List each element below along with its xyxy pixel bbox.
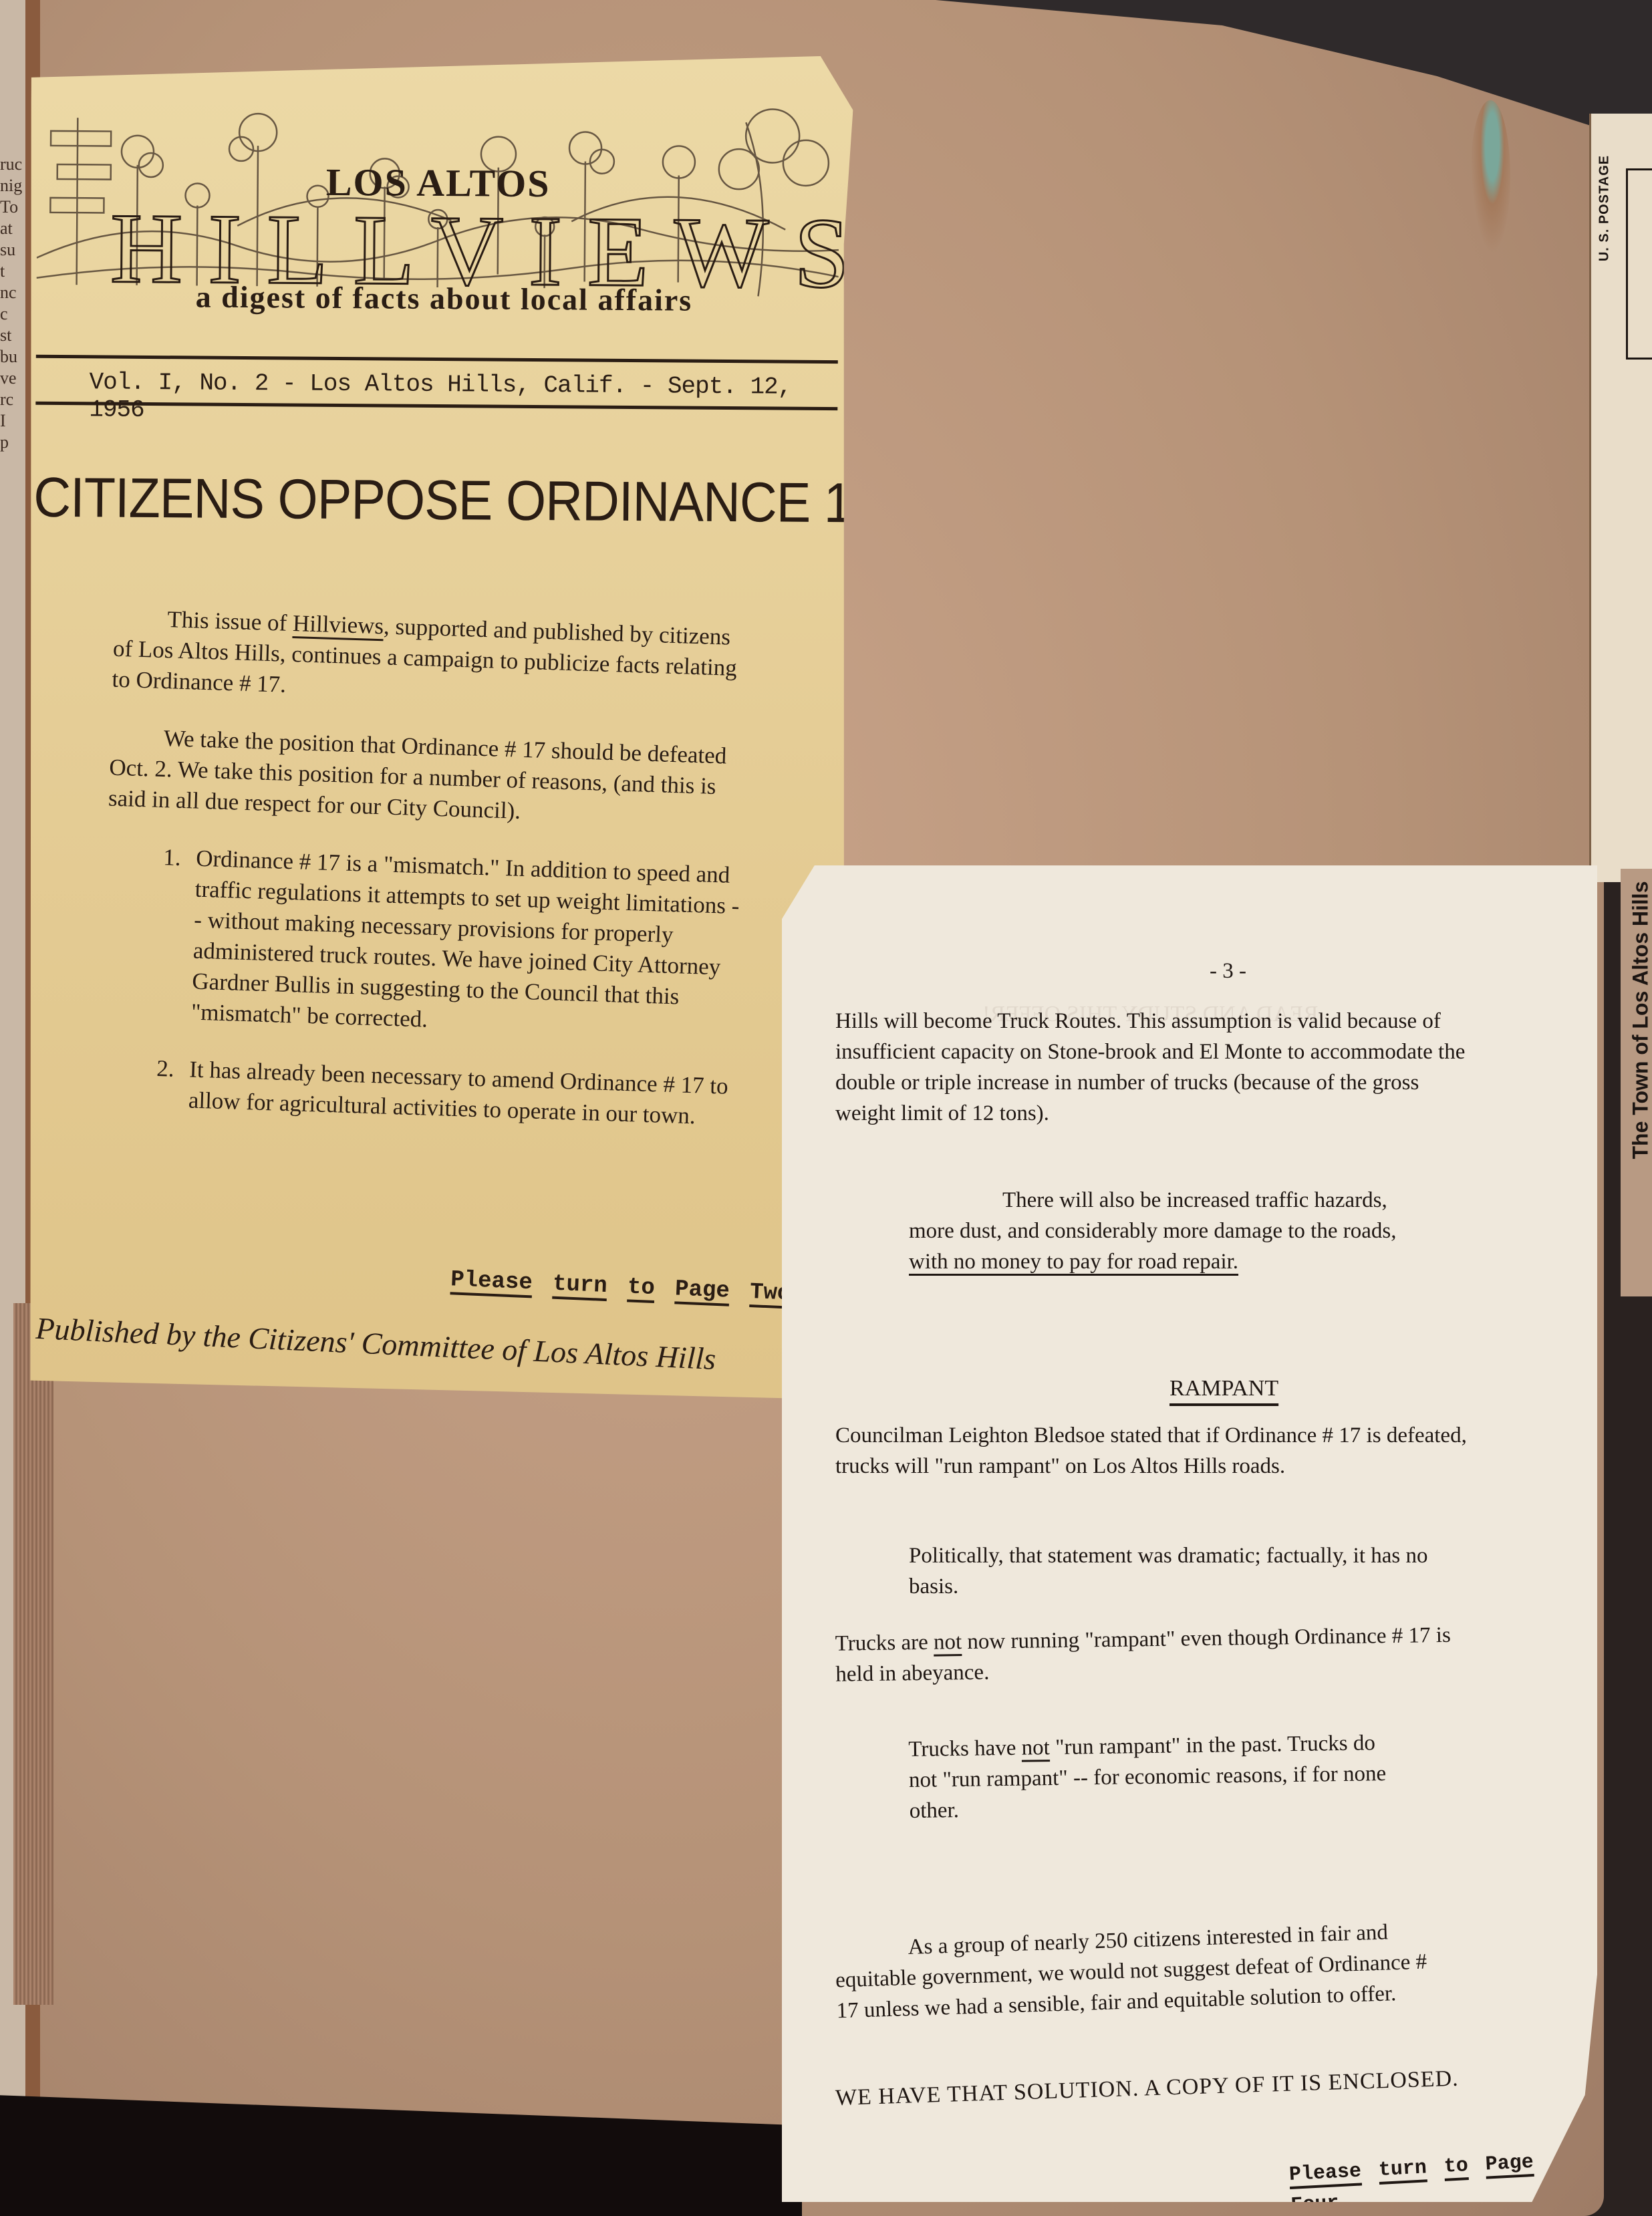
publisher-credit: Published by the Citizens' Committee of …	[35, 1310, 837, 1382]
text: We take the position that Ordinance # 17…	[108, 725, 726, 824]
word: Please	[450, 1267, 533, 1296]
volume-line: Vol. I, No. 2 - Los Altos Hills, Calif. …	[89, 368, 838, 428]
paragraph-text: Hills will become Truck Routes. This ass…	[835, 1006, 1477, 1129]
binding-text-line: st	[0, 325, 25, 346]
paragraph: Trucks are not now running "rampant" eve…	[835, 1619, 1477, 1689]
intro-paragraph: This issue of Hillviews, supported and p…	[112, 603, 756, 715]
tagline: a digest of facts about local affairs	[110, 279, 778, 319]
binding-text-line: rc	[0, 389, 25, 410]
newsletter-clipping: LOS ALTOS HILLVIEWS a digest of facts ab…	[22, 51, 853, 1400]
emphasis: not	[1021, 1736, 1050, 1760]
binding-text-line: nc	[0, 282, 25, 303]
binding-text-line: p	[0, 432, 25, 453]
word: to	[627, 1274, 655, 1301]
binding-text-line: ruc	[0, 154, 25, 175]
headline: CITIZENS OPPOSE ORDINANCE 17	[33, 465, 784, 535]
binding-text-line: c	[0, 303, 25, 325]
postage-card: U. S. POSTAGE	[1589, 114, 1652, 882]
reasons-list: Ordinance # 17 is a "mismatch." In addit…	[98, 840, 748, 1133]
page-stack-edge	[13, 1303, 53, 2005]
section-heading: RAMPANT	[1169, 1373, 1278, 1404]
paragraph: Councilman Leighton Bledsoe stated that …	[835, 1420, 1517, 1482]
binding-text-line: ve	[0, 368, 25, 389]
binding-text-line: To	[0, 196, 25, 218]
paragraph: Trucks have not "run rampant" in the pas…	[908, 1727, 1391, 1826]
emphasis: not	[934, 1630, 962, 1655]
binding-text-line: I	[0, 410, 25, 432]
binding-text-line: t	[0, 261, 25, 282]
text: Trucks are	[835, 1631, 934, 1656]
word: turn	[552, 1272, 607, 1299]
binding-text-line: su	[0, 239, 25, 261]
binding-text-line: bu	[0, 346, 25, 368]
paragraph: Hills will become Truck Routes. This ass…	[835, 1006, 1477, 1129]
closing-statement: WE HAVE THAT SOLUTION. A COPY OF IT IS E…	[835, 2058, 1637, 2114]
word: Page	[674, 1276, 730, 1304]
paragraph: There will also be increased traffic haz…	[909, 1185, 1417, 1277]
adhesive-stain	[1470, 100, 1510, 254]
town-card: The Town of Los Altos Hills	[1621, 869, 1652, 1296]
position-paragraph: We take the position that Ordinance # 17…	[108, 722, 752, 834]
reason-item: It has already been necessary to amend O…	[178, 1054, 741, 1133]
word: Page	[1485, 2151, 1534, 2177]
binding-text-line: at	[0, 218, 25, 239]
paragraph: As a group of nearly 250 citizens intere…	[834, 1915, 1452, 2027]
postage-label: U. S. POSTAGE	[1597, 135, 1613, 282]
text: Trucks have	[908, 1736, 1022, 1762]
postage-indicia-box	[1626, 168, 1652, 360]
paragraph-text: Politically, that statement was dramatic…	[909, 1540, 1457, 1602]
masthead: LOS ALTOS HILLVIEWS	[37, 91, 840, 297]
text: This issue of	[167, 606, 293, 636]
town-label: The Town of Los Altos Hills	[1629, 881, 1652, 1282]
article-body: This issue of Hillviews, supported and p…	[98, 603, 756, 1160]
text: There will also be increased traffic haz…	[909, 1188, 1396, 1243]
publication-name: Hillviews	[292, 610, 384, 639]
paragraph-text: Councilman Leighton Bledsoe stated that …	[835, 1420, 1517, 1482]
divider	[36, 355, 838, 364]
page-three-sheet: READ AND STUDY THIS OFFER! - 3 - Hills w…	[782, 865, 1597, 2202]
binding-text-fragment: rucnigToatsu tnc cstbuvercIp	[0, 154, 25, 453]
page-number: - 3 -	[1210, 956, 1246, 986]
paragraph-text: As a group of nearly 250 citizens intere…	[834, 1915, 1452, 2027]
word: turn	[1378, 2157, 1427, 2182]
paragraph: Politically, that statement was dramatic…	[909, 1540, 1457, 1602]
binding-text-line: nig	[0, 175, 25, 196]
emphasis: with no money to pay for road repair.	[909, 1250, 1238, 1274]
word: Please	[1288, 2160, 1362, 2187]
reason-item: Ordinance # 17 is a "mismatch." In addit…	[181, 843, 748, 1045]
word: to	[1443, 2155, 1469, 2179]
continued-notice: Please turn to Page Two	[450, 1267, 791, 1306]
